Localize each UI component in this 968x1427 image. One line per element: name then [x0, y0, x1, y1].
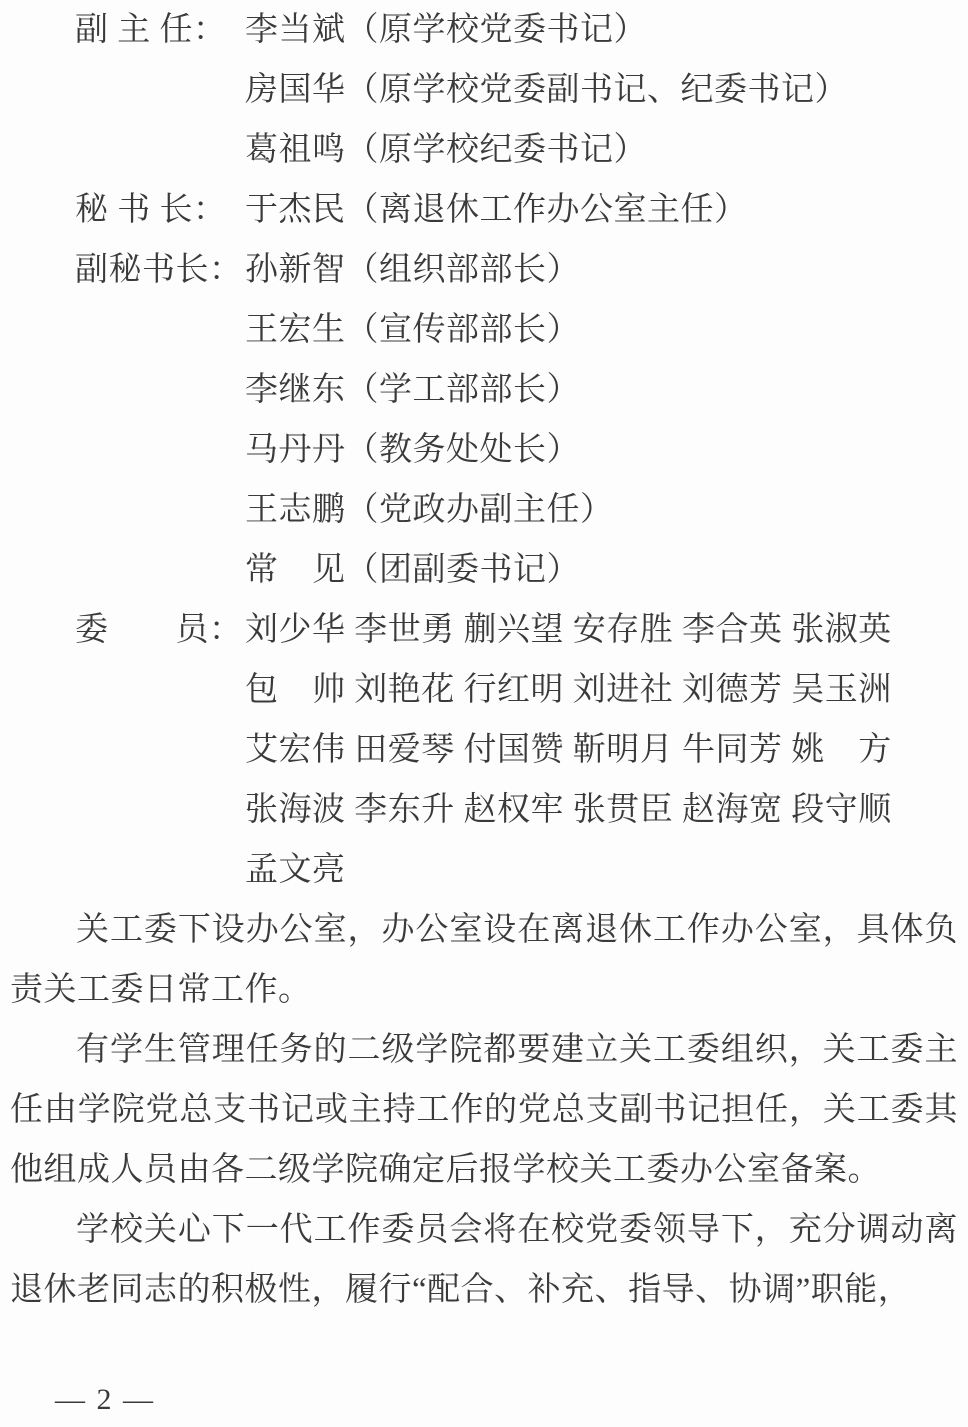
- member-entry: 王志鹏（党政办副主任）: [245, 480, 614, 540]
- roster-row: 副秘书长： 孙新智（组织部部长）: [10, 240, 958, 300]
- role-label: 秘 书 长：: [75, 180, 245, 240]
- member-entry: 艾宏伟 田爱琴 付国赞 靳明月 牛同芳 姚 方: [245, 720, 892, 780]
- roster-row: 包 帅 刘艳花 行红明 刘进社 刘德芳 吴玉洲: [10, 660, 958, 720]
- member-entry: 刘少华 李世勇 蒯兴望 安存胜 李合英 张淑英: [245, 600, 892, 660]
- roster-row: 委 员： 刘少华 李世勇 蒯兴望 安存胜 李合英 张淑英: [10, 600, 958, 660]
- member-entry: 孟文亮: [245, 840, 346, 900]
- member-entry: 李当斌（原学校党委书记）: [245, 0, 647, 60]
- paragraph-functions: 学校关心下一代工作委员会将在校党委领导下，充分调动离退休老同志的积极性，履行“配…: [10, 1200, 958, 1320]
- roster-row: 孟文亮: [10, 840, 958, 900]
- roster-row: 王志鹏（党政办副主任）: [10, 480, 958, 540]
- role-label: 委 员：: [75, 600, 245, 660]
- member-entry: 李继东（学工部部长）: [245, 360, 580, 420]
- document-content: 副 主 任： 李当斌（原学校党委书记） 房国华（原学校党委副书记、纪委书记） 葛…: [0, 0, 968, 1320]
- roster-row: 王宏生（宣传部部长）: [10, 300, 958, 360]
- member-entry: 马丹丹（教务处处长）: [245, 420, 580, 480]
- roster-row: 张海波 李东升 赵权牢 张贯臣 赵海宽 段守顺: [10, 780, 958, 840]
- document-page: 副 主 任： 李当斌（原学校党委书记） 房国华（原学校党委副书记、纪委书记） 葛…: [0, 0, 968, 1427]
- role-label: 副 主 任：: [75, 0, 245, 60]
- member-entry: 包 帅 刘艳花 行红明 刘进社 刘德芳 吴玉洲: [245, 660, 892, 720]
- member-entry: 王宏生（宣传部部长）: [245, 300, 580, 360]
- role-label: 副秘书长：: [75, 240, 245, 300]
- page-number: — 2 —: [55, 1370, 155, 1427]
- member-entry: 张海波 李东升 赵权牢 张贯臣 赵海宽 段守顺: [245, 780, 892, 840]
- roster-row: 艾宏伟 田爱琴 付国赞 靳明月 牛同芳 姚 方: [10, 720, 958, 780]
- roster-row: 副 主 任： 李当斌（原学校党委书记）: [10, 0, 958, 60]
- roster-row: 李继东（学工部部长）: [10, 360, 958, 420]
- roster-row: 房国华（原学校党委副书记、纪委书记）: [10, 60, 958, 120]
- roster-row: 常 见（团副委书记）: [10, 540, 958, 600]
- roster-row: 秘 书 长： 于杰民（离退休工作办公室主任）: [10, 180, 958, 240]
- roster-row: 葛祖鸣（原学校纪委书记）: [10, 120, 958, 180]
- paragraph-colleges: 有学生管理任务的二级学院都要建立关工委组织，关工委主任由学院党总支书记或主持工作…: [10, 1020, 958, 1200]
- member-entry: 孙新智（组织部部长）: [245, 240, 580, 300]
- paragraph-office: 关工委下设办公室，办公室设在离退休工作办公室，具体负责关工委日常工作。: [10, 900, 958, 1020]
- member-entry: 常 见（团副委书记）: [245, 540, 580, 600]
- member-entry: 房国华（原学校党委副书记、纪委书记）: [245, 60, 848, 120]
- roster-row: 马丹丹（教务处处长）: [10, 420, 958, 480]
- member-entry: 葛祖鸣（原学校纪委书记）: [245, 120, 647, 180]
- member-entry: 于杰民（离退休工作办公室主任）: [245, 180, 748, 240]
